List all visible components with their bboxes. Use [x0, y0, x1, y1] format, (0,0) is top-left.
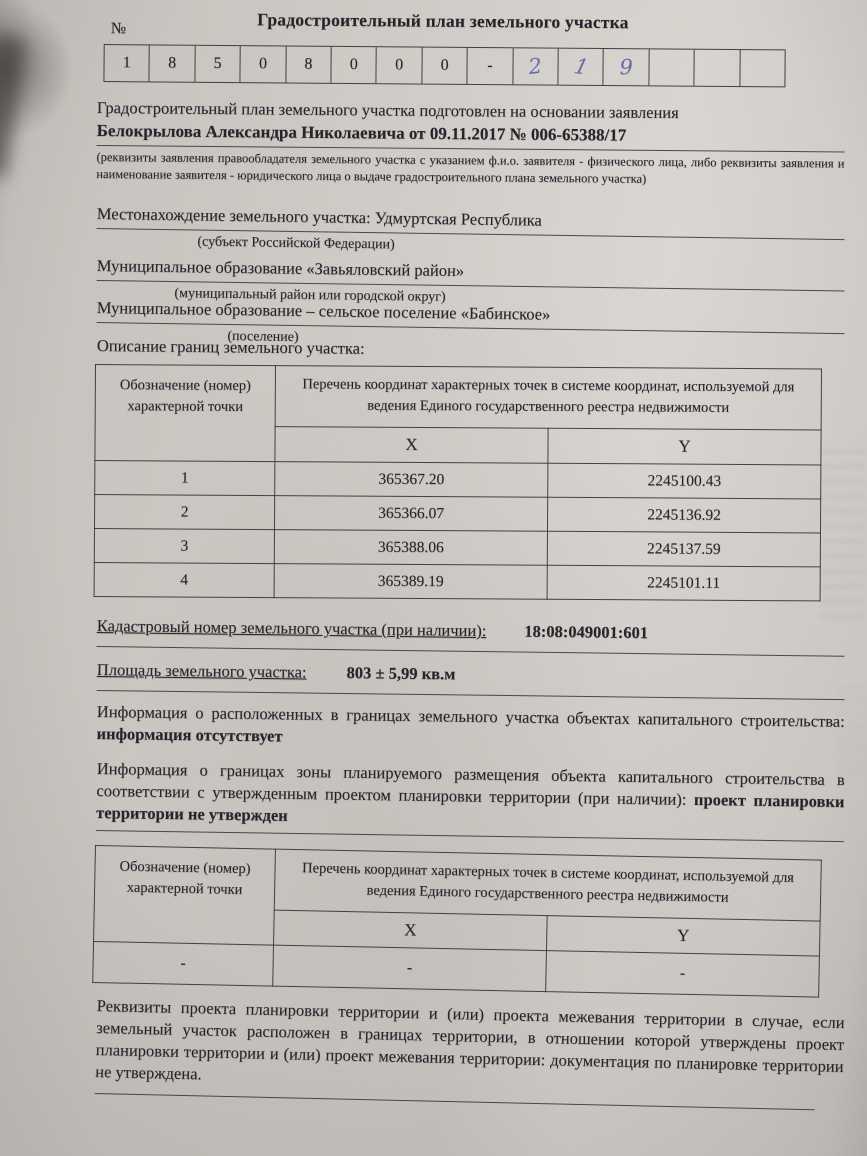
table-header-point: Обозначение (номер) характерной точки: [94, 846, 276, 946]
document-photo: № Градостроительный план земельного учас…: [0, 0, 867, 1156]
x-coordinate-cell: 365388.06: [274, 530, 547, 566]
planned-zone-section: Информация о границах зоны планируемого …: [96, 758, 845, 842]
grid-cell: 0: [377, 47, 423, 83]
planning-requisites-paragraph: Реквизиты проекта планировки территории …: [95, 995, 845, 1100]
grid-cell: 0: [331, 47, 377, 83]
document-header: № Градостроительный план земельного учас…: [96, 8, 789, 87]
grid-cell: [695, 50, 741, 86]
grid-cell-handwritten: 9: [619, 55, 633, 79]
y-coordinate-cell: -: [546, 951, 820, 997]
grid-cell: 1: [104, 45, 150, 81]
point-number-cell: 2: [94, 495, 274, 530]
empty-coordinates-table: Обозначение (номер) характерной точки Пе…: [92, 845, 822, 998]
coordinates-table-wrap: Обозначение (номер) характерной точки Пе…: [94, 364, 822, 601]
grid-cell: 5: [195, 46, 241, 82]
table-header-x: X: [274, 910, 548, 950]
grid-cell: 8: [286, 46, 332, 82]
table-header-point: Обозначение (номер) характерной точки: [95, 365, 276, 462]
area-label: Площадь земельного участка:: [97, 660, 307, 682]
table-header-row: Обозначение (номер) характерной точки Пе…: [95, 365, 821, 430]
bleed-through-artifact: [821, 450, 865, 620]
cadastral-number-label: Кадастровый номер земельного участка (пр…: [97, 616, 487, 640]
area-value: 803 ± 5,99 кв.м: [346, 663, 455, 683]
x-coordinate-cell: -: [273, 945, 547, 991]
planning-requisites-section: Реквизиты проекта планировки территории …: [95, 995, 845, 1111]
planned-zone-paragraph: Информация о границах зоны планируемого …: [96, 758, 845, 835]
x-coordinate-cell: 365389.19: [274, 564, 547, 600]
table-row: 2 365366.07 2245136.92: [94, 495, 820, 533]
point-number-cell: 3: [94, 529, 274, 564]
applicant-note: (реквизиты заявления правообладателя зем…: [96, 149, 844, 189]
x-coordinate-cell: 365367.20: [275, 462, 548, 498]
page-number-label: №: [111, 20, 126, 38]
table-header-y: Y: [546, 916, 820, 956]
gpzu-number-grid: 1 8 5 0 8 0 0 0 - 2 1 9: [103, 44, 785, 87]
empty-coordinates-table-wrap: Обозначение (номер) характерной точки Пе…: [92, 845, 822, 998]
capital-objects-paragraph: Информация о расположенных в границах зе…: [96, 701, 845, 755]
point-number-cell: 4: [94, 563, 274, 598]
grid-cell: -: [468, 48, 514, 84]
table-row: 1 365367.20 2245100.43: [95, 461, 821, 499]
grid-cell: 0: [241, 46, 287, 82]
coordinates-table: Обозначение (номер) характерной точки Пе…: [94, 364, 822, 601]
grid-cell-handwritten: 2: [528, 54, 544, 79]
table-header-row: Обозначение (номер) характерной точки Пе…: [94, 846, 821, 922]
photo-corner-shadow: [0, 34, 27, 178]
grid-cell: 8: [150, 45, 196, 81]
cadastral-number-value: 18:08:049001:601: [524, 622, 648, 643]
cadastral-number-field: Кадастровый номер земельного участка (пр…: [97, 615, 845, 657]
grid-cell: [649, 49, 695, 85]
capital-objects-value: информация отсутствует: [96, 724, 282, 745]
y-coordinate-cell: 2245137.59: [547, 531, 820, 567]
underline-rule: [97, 646, 845, 657]
table-header-coords: Перечень координат характерных точек в с…: [275, 366, 821, 430]
point-number-cell: 1: [95, 461, 275, 496]
grid-cell-handwritten: 1: [571, 54, 590, 79]
y-coordinate-cell: 2245101.11: [547, 565, 820, 601]
underline-rule: [97, 690, 845, 700]
table-row: 3 365388.06 2245137.59: [94, 529, 820, 567]
table-header-y: Y: [548, 428, 821, 465]
grid-cell: 0: [422, 48, 468, 84]
table-header-x: X: [275, 427, 548, 464]
point-number-cell: -: [93, 942, 274, 987]
grid-cell: [740, 50, 785, 86]
document-title: Градостроительный план земельного участк…: [97, 8, 789, 34]
table-row: 4 365389.19 2245101.11: [94, 563, 820, 601]
location-field: Местонахождение земельного участка: Удму…: [96, 203, 845, 261]
y-coordinate-cell: 2245100.43: [548, 463, 821, 499]
table-header-coords: Перечень координат характерных точек в с…: [274, 849, 821, 921]
x-coordinate-cell: 365366.07: [274, 496, 547, 532]
application-section: Градостроительный план земельного участк…: [96, 97, 845, 189]
y-coordinate-cell: 2245136.92: [547, 497, 820, 533]
area-field: Площадь земельного участка:803 ± 5,99 кв…: [97, 659, 845, 700]
